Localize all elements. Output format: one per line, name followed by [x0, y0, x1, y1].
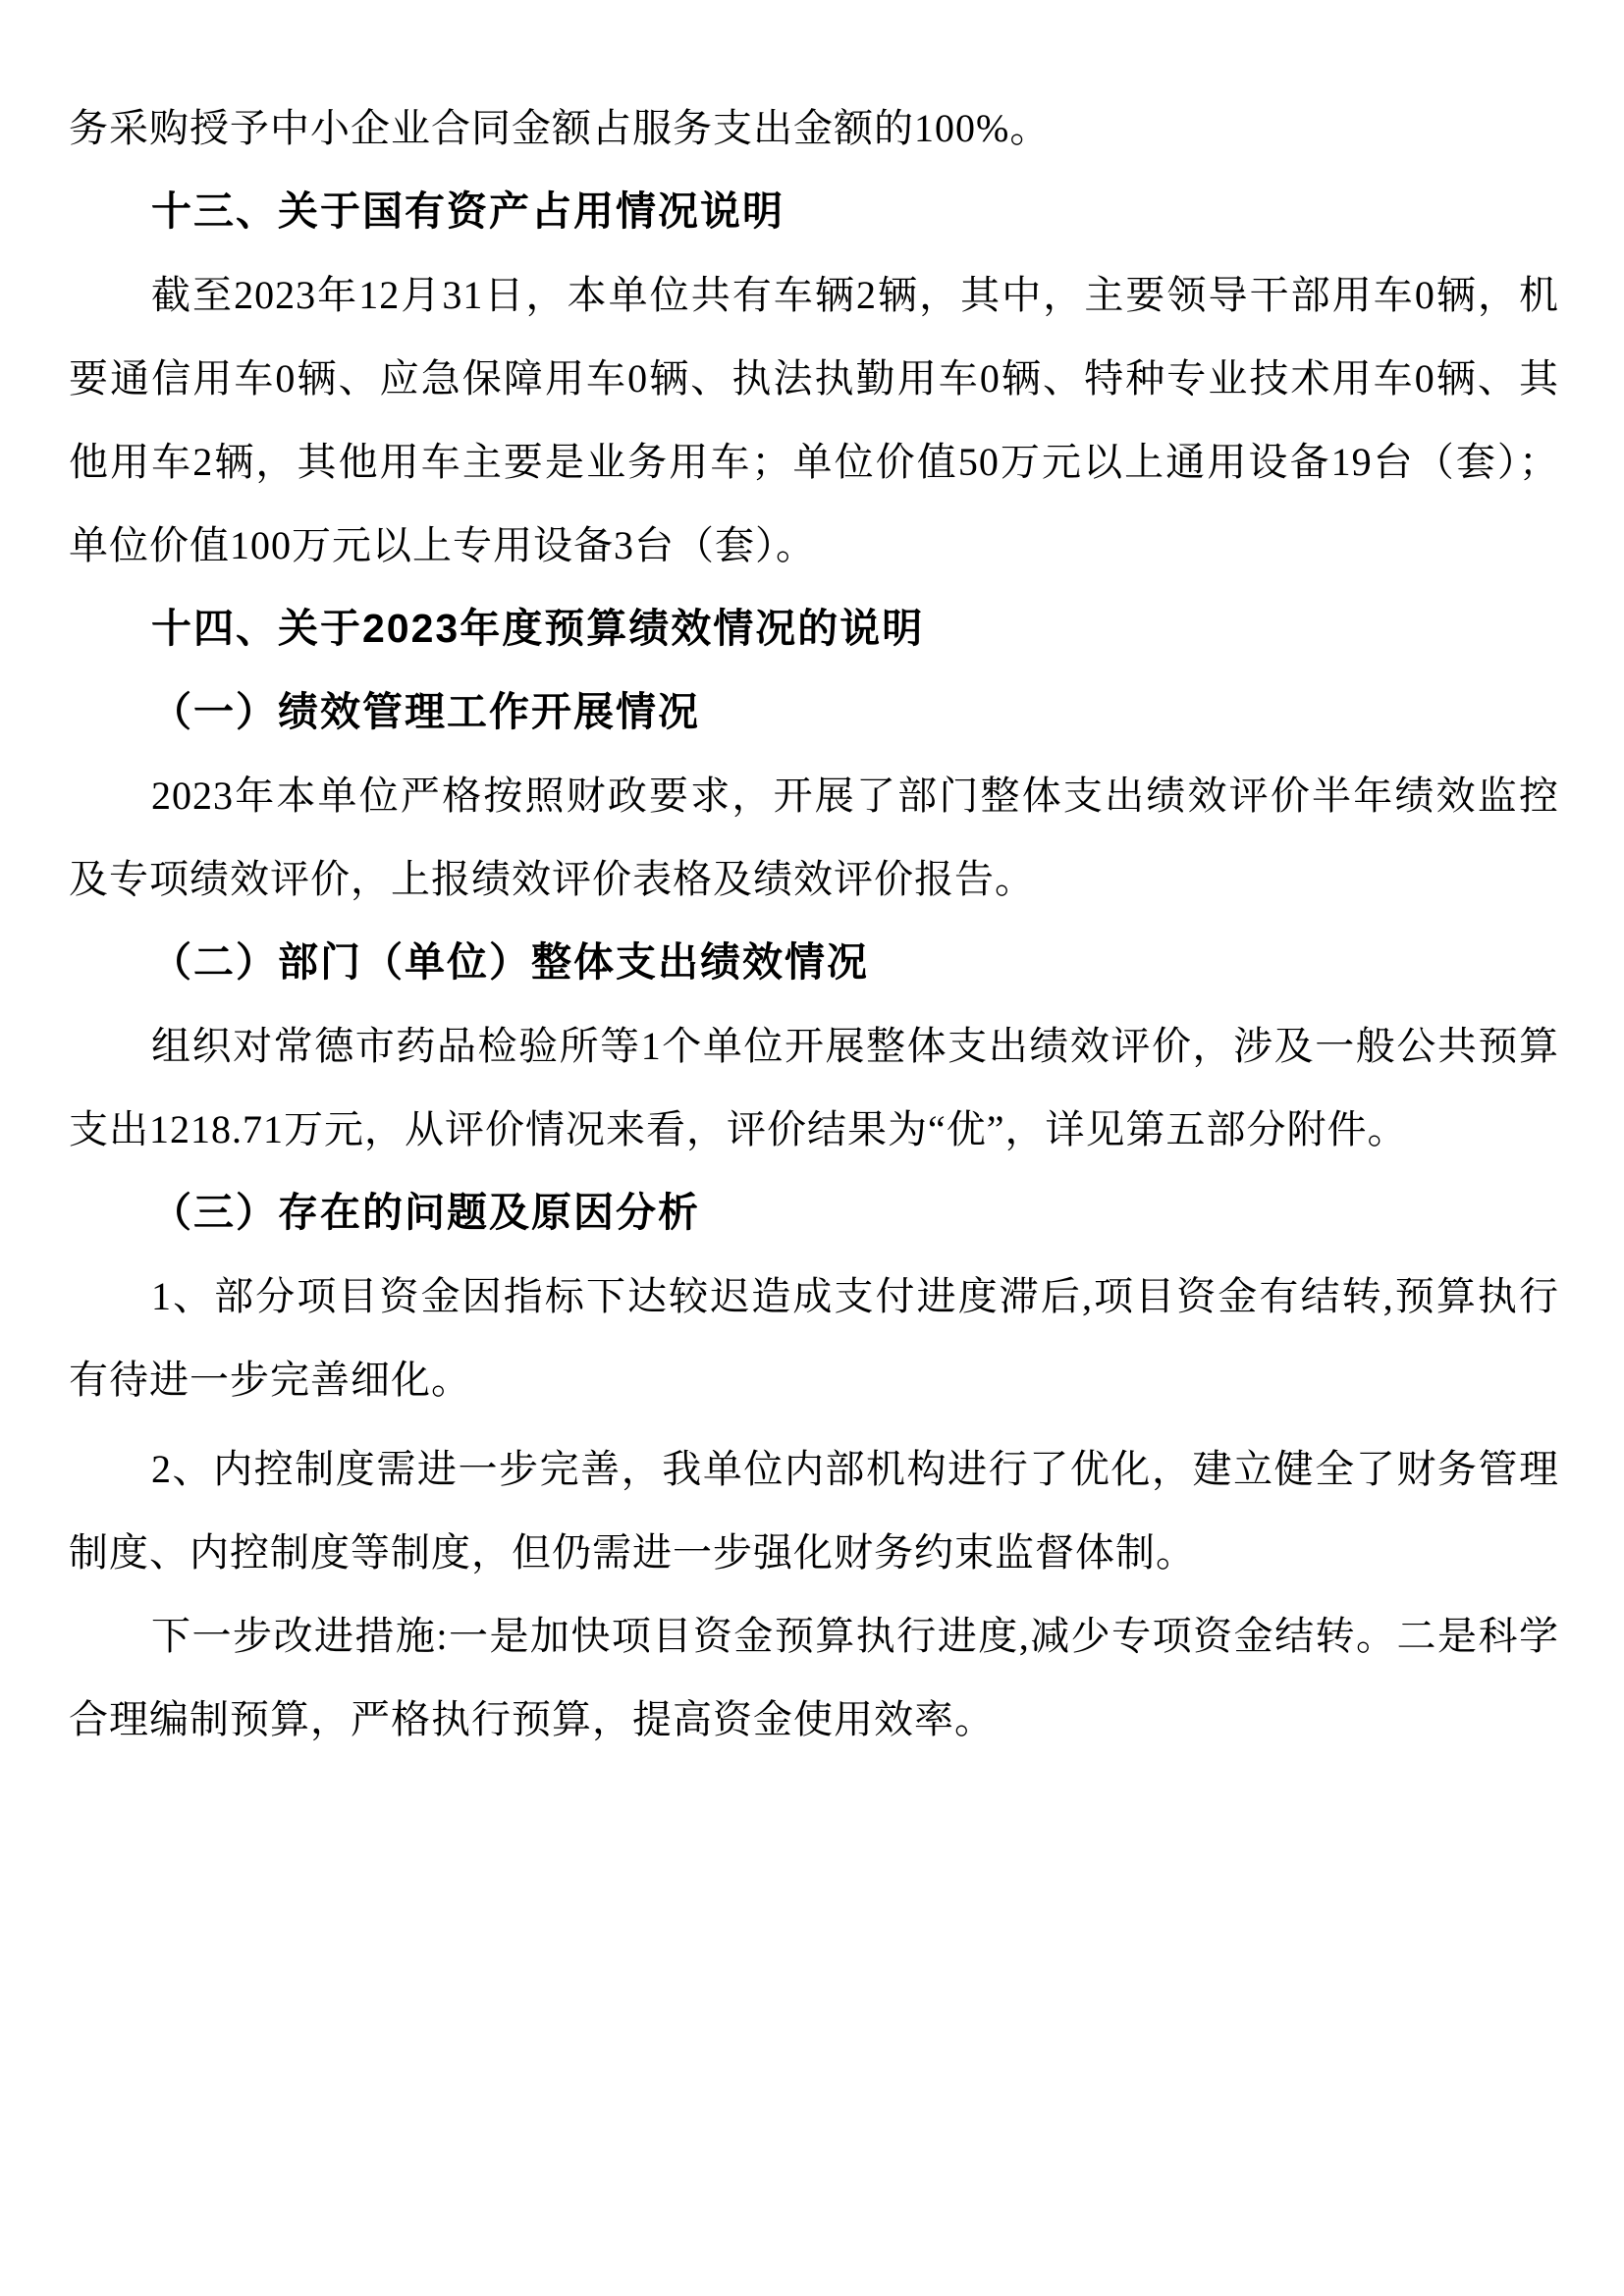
body-paragraph: 下一步改进措施:一是加快项目资金预算执行进度,减少专项资金结转。二是科学合理编制… — [69, 1594, 1559, 1761]
section-heading: 十三、关于国有资产占用情况说明 — [69, 170, 1559, 253]
body-paragraph: 截至2023年12月31日，本单位共有车辆2辆，其中，主要领导干部用车0辆，机要… — [69, 253, 1559, 587]
body-paragraph: 2023年本单位严格按照财政要求，开展了部门整体支出绩效评价半年绩效监控及专项绩… — [69, 754, 1559, 921]
document-content: 务采购授予中小企业合同金额占服务支出金额的100%。十三、关于国有资产占用情况说… — [69, 86, 1559, 1761]
sub-section-heading: （一）绩效管理工作开展情况 — [69, 670, 1559, 754]
document-page: 务采购授予中小企业合同金额占服务支出金额的100%。十三、关于国有资产占用情况说… — [0, 0, 1624, 2296]
section-heading: 十四、关于2023年度预算绩效情况的说明 — [69, 587, 1559, 670]
body-paragraph: 务采购授予中小企业合同金额占服务支出金额的100%。 — [69, 86, 1559, 170]
sub-section-heading: （三）存在的问题及原因分析 — [69, 1171, 1559, 1255]
body-paragraph: 2、内控制度需进一步完善，我单位内部机构进行了优化，建立健全了财务管理制度、内控… — [69, 1427, 1559, 1594]
sub-section-heading: （二）部门（单位）整体支出绩效情况 — [69, 921, 1559, 1004]
body-paragraph: 组织对常德市药品检验所等1个单位开展整体支出绩效评价，涉及一般公共预算支出121… — [69, 1004, 1559, 1171]
body-paragraph: 1、部分项目资金因指标下达较迟造成支付进度滞后,项目资金有结转,预算执行有待进一… — [69, 1255, 1559, 1421]
